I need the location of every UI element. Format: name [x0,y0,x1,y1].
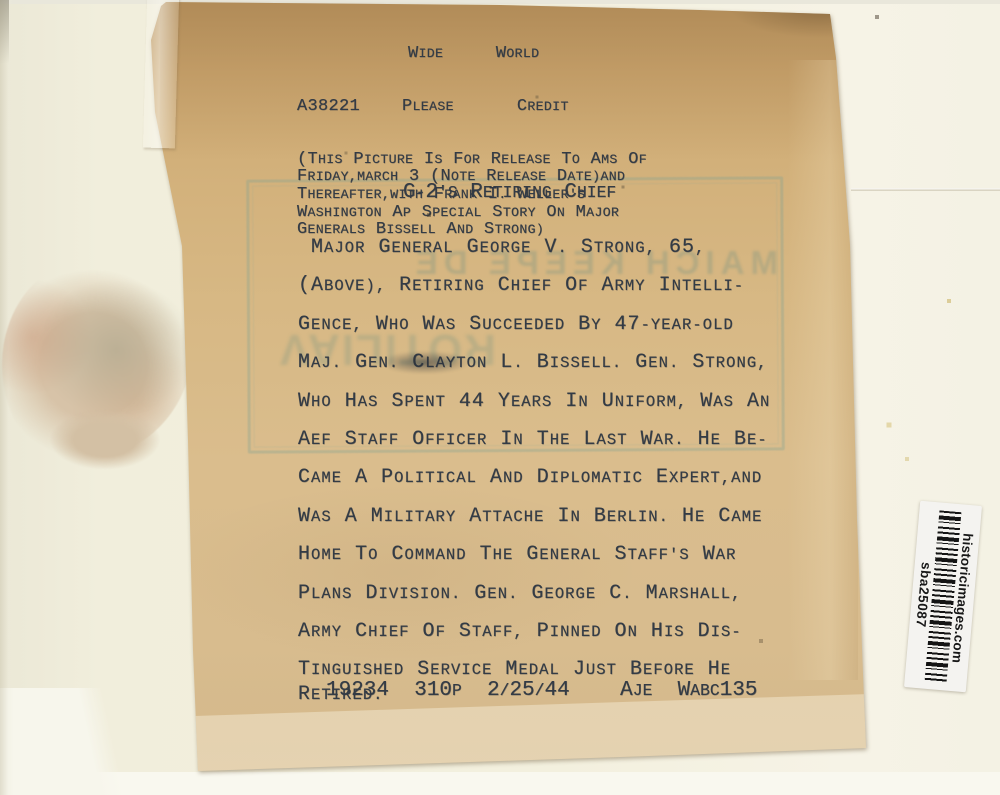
slug-line: 19234 310P 2/25/44 AJE WABC135 [326,676,758,706]
photo-id-credit-line: A38221 PLEASE CREDIT [297,98,647,116]
agency-name: WIDE WORLD [297,45,647,63]
credit-header: WIDE WORLD A38221 PLEASE CREDIT (THIS PI… [297,10,647,256]
caption-line: MAJOR GENERAL GEORGE V. STRONG, 65, [298,229,770,267]
caption-title: G-2'S RETIRING CHIEF [403,181,616,205]
caption-body: MAJOR GENERAL GEORGE V. STRONG, 65,(ABOV… [298,229,770,714]
caption-line: MAJ. GEN. CLAYTON L. BISSELL. GEN. STRON… [298,344,770,382]
dust-specks [0,0,2,2]
caption-line: WHO HAS SPENT 44 YEARS IN UNIFORM, WAS A… [298,383,770,421]
caption-line: WAS A MILITARY ATTACHE IN BERLIN. HE CAM… [298,498,770,536]
release-note-line: (THIS PICTURE IS FOR RELEASE TO AMS OF [297,151,647,169]
paper-stain-right [788,60,858,680]
caption-line: GENCE, WHO WAS SUCCEEDED BY 47-YEAR-OLD [298,306,770,344]
caption-line: AEF STAFF OFFICER IN THE LAST WAR. HE BE… [298,421,770,459]
caption-line: HOME TO COMMAND THE GENERAL STAFF'S WAR [298,536,770,574]
caption-line: PLANS DIVISION. GEN. GEORGE C. MARSHALL, [298,575,770,613]
ink-smudge [388,351,470,374]
tape-strip-top-left [143,0,179,148]
caption-line: CAME A POLITICAL AND DIPLOMATIC EXPERT,A… [298,459,770,497]
caption-line: ARMY CHIEF OF STAFF, PINNED ON HIS DIS- [298,613,770,651]
release-note-line: WASHINGTON AP SPECIAL STORY ON MAJOR [297,204,647,222]
caption-line: (ABOVE), RETIRING CHIEF OF ARMY INTELLI- [298,267,770,305]
